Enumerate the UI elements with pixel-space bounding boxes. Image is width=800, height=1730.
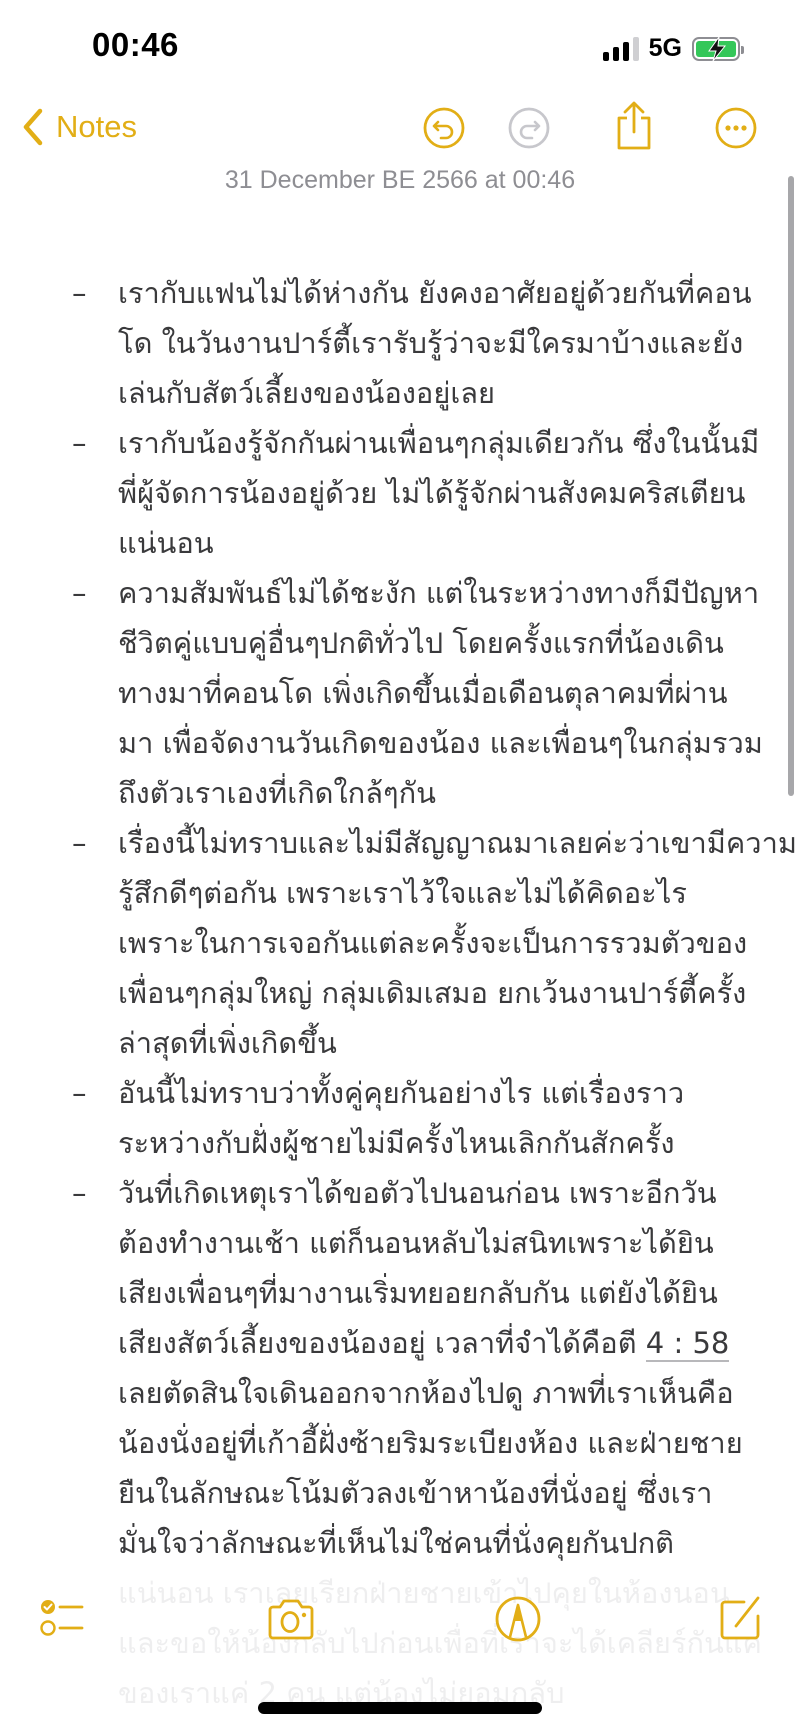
text-line: มั่นใจว่าลักษณะที่เห็นไม่ใช่คนที่นั่งคุย… [118,1518,760,1568]
text-line: ทางมาที่คอนโด เพิ่งเกิดขึ้นเมื่อเดือนตุล… [118,668,760,718]
cellular-signal-icon [603,37,639,61]
markup-button[interactable] [493,1594,543,1644]
text-line: เพื่อนๆกลุ่มใหญ่ กลุ่มเดิมเสมอ ยกเว้นงาน… [118,968,760,1018]
share-button[interactable] [612,100,656,152]
markup-pen-icon [493,1594,543,1644]
text-line: ระหว่างกับฝั่งผู้ชายไม่มีครั้งไหนเลิกกัน… [118,1118,760,1168]
text-line: ต้องทำงานเช้า แต่ก็นอนหลับไม่สนิทเพราะได… [118,1218,760,1268]
note-body[interactable]: – เรากับแฟนไม่ได้ห่างกัน ยังคงอาศัยอยู่ด… [0,268,800,1718]
text-line: น้องนั่งอยู่ที่เก้าอี้ฝั่งซ้ายริมระเบียง… [118,1418,760,1468]
redo-button[interactable] [507,106,551,150]
text-line: อันนี้ไม่ทราบว่าทั้งคู่คุยกันอย่างไร แต่… [118,1068,760,1118]
checklist-icon [38,1594,88,1644]
text-line: รู้สึกดีๆต่อกัน เพราะเราไว้ใจและไม่ได้คิ… [118,868,760,918]
undo-button[interactable] [422,106,466,150]
home-indicator[interactable] [258,1702,542,1714]
text-line: ยืนในลักษณะโน้มตัวลงเข้าหาน้องที่นั่งอยู… [118,1468,760,1518]
ellipsis-circle-icon [714,106,758,150]
battery-charging-icon [692,37,740,61]
text-line: ถึงตัวเราเองที่เกิดใกล้ๆกัน [118,768,760,818]
bullet-dash: – [72,818,94,868]
text-line: วันที่เกิดเหตุเราได้ขอตัวไปนอนก่อน เพราะ… [118,1168,760,1218]
detected-time-link[interactable]: 4 : 58 [646,1326,730,1362]
bullet-dash: – [72,418,94,468]
list-item: – เรากับน้องรู้จักกันผ่านเพื่อนๆกลุ่มเดี… [0,418,800,568]
text-line: ชีวิตคู่แบบคู่อื่นๆปกติทั่วไป โดยครั้งแร… [118,618,760,668]
undo-icon [422,106,466,150]
compose-button[interactable] [716,1594,766,1644]
compose-icon [716,1594,766,1644]
checklist-button[interactable] [38,1594,88,1644]
list-item: – เรื่องนี้ไม่ทราบและไม่มีสัญญาณมาเลยค่ะ… [0,818,800,1068]
text-line: พี่ผู้จัดการน้องอยู่ด้วย ไม่ได้รู้จักผ่า… [118,468,760,518]
text-line: ล่าสุดที่เพิ่งเกิดขึ้น [118,1018,760,1068]
list-item: – เรากับแฟนไม่ได้ห่างกัน ยังคงอาศัยอยู่ด… [0,268,800,418]
bullet-dash: – [72,1168,94,1218]
camera-button[interactable] [266,1594,316,1644]
list-item: – ความสัมพันธ์ไม่ได้ชะงัก แต่ในระหว่างทา… [0,568,800,818]
text-line: เรากับน้องรู้จักกันผ่านเพื่อนๆกลุ่มเดียว… [118,418,760,468]
text-line: เรากับแฟนไม่ได้ห่างกัน ยังคงอาศัยอยู่ด้ว… [118,268,760,318]
camera-icon [266,1594,316,1644]
status-bar: 00:46 5G [0,0,800,90]
text-line: แน่นอน [118,518,760,568]
back-to-notes-button[interactable]: Notes [22,108,137,146]
bullet-dash: – [72,1068,94,1118]
bullet-dash: – [72,568,94,618]
text-line: เพราะในการเจอกันแต่ละครั้งจะเป็นการรวมตั… [118,918,760,968]
more-options-button[interactable] [714,106,758,150]
back-label: Notes [56,109,137,145]
bullet-dash: – [72,268,94,318]
text-line: เสียงเพื่อนๆที่มางานเริ่มทยอยกลับกัน แต่… [118,1268,760,1318]
text-line: เสียงสัตว์เลี้ยงของน้องอยู่ เวลาที่จำได้… [118,1318,760,1368]
text-line: ความสัมพันธ์ไม่ได้ชะงัก แต่ในระหว่างทางก… [118,568,760,618]
text-segment: เสียงสัตว์เลี้ยงของน้องอยู่ เวลาที่จำได้… [118,1326,646,1360]
note-date: 31 December BE 2566 at 00:46 [0,166,800,195]
status-indicators: 5G [603,34,740,63]
text-line: เล่นกับสัตว์เลี้ยงของน้องอยู่เลย [118,368,760,418]
text-line: โด ในวันงานปาร์ตี้เรารับรู้ว่าจะมีใครมาบ… [118,318,760,368]
share-icon [612,100,656,152]
network-type: 5G [649,34,682,63]
chevron-left-icon [22,108,44,146]
navigation-bar: Notes [0,100,800,160]
text-line: เลยตัดสินใจเดินออกจากห้องไปดู ภาพที่เราเ… [118,1368,760,1418]
status-time: 00:46 [92,26,179,64]
redo-icon [507,106,551,150]
text-line: เรื่องนี้ไม่ทราบและไม่มีสัญญาณมาเลยค่ะว่… [118,818,760,868]
list-item: – อันนี้ไม่ทราบว่าทั้งคู่คุยกันอย่างไร แ… [0,1068,800,1168]
text-line: มา เพื่อจัดงานวันเกิดของน้อง และเพื่อนๆใ… [118,718,760,768]
bottom-toolbar [0,1580,800,1660]
